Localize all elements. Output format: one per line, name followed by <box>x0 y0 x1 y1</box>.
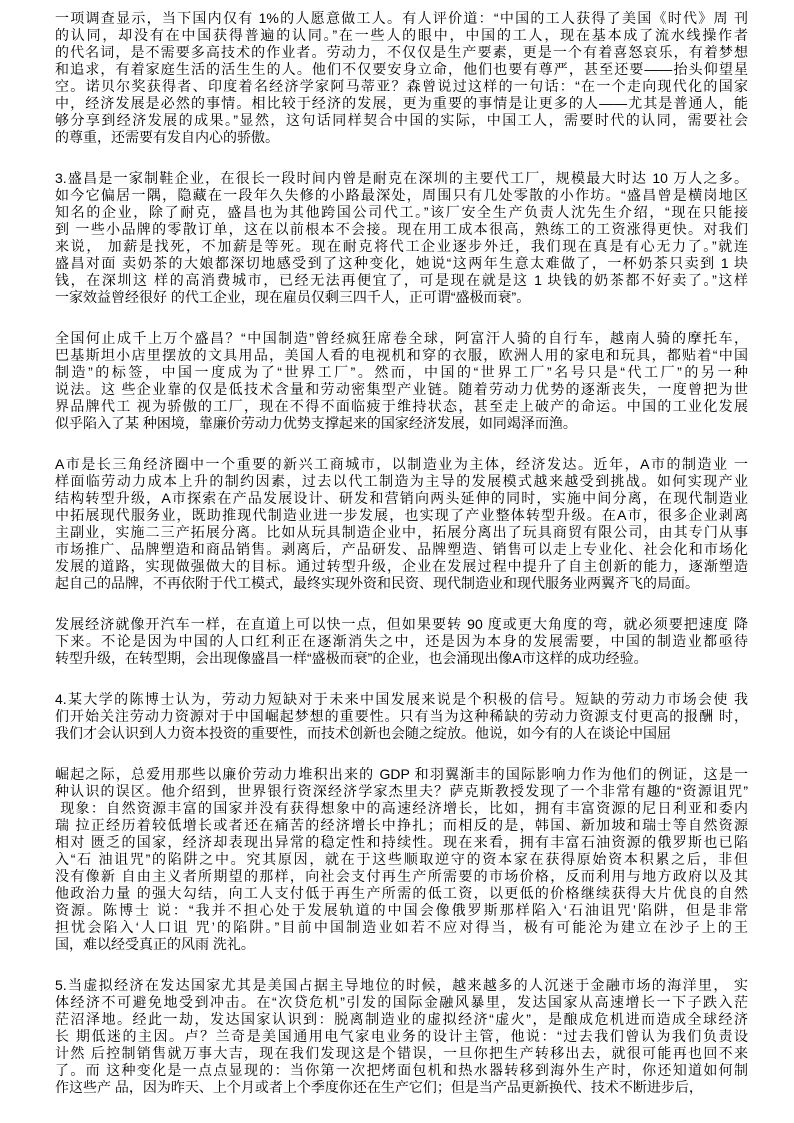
text-line: 资源。陈博士 说：“我并不担心处于发展轨道的中国会像俄罗斯那样陷入‘石油诅咒’陷… <box>55 902 748 919</box>
text-line: 市场推广、品牌塑造和商品销售。剥离后，产品研发、品牌塑造、销售可以走上专业化、社… <box>55 541 748 558</box>
text-line: 转型升级，在转型期，会出现像盛昌一样“盛极而衰”的企业，也会涌现出像A市这样的成… <box>55 650 748 667</box>
text-line: 茫沼泽地。经此一劫，发达国家认识到：脱离制造业的虚拟经济“虚火”，是酿成危机进而… <box>55 1011 748 1028</box>
paragraph: 4.某大学的陈博士认为，劳动力短缺对于未来中国发展来说是个积极的信号。短缺的劳动… <box>55 691 748 742</box>
paragraph: 3.盛昌是一家制鞋企业，在很长一段时间内曾是耐克在深圳的主要代工厂，规模最大时达… <box>55 170 748 306</box>
text-line: 结构转型升级，A市探索在产品发展设计、研发和营销向两头延伸的同时，实施中间分离，… <box>55 490 748 507</box>
text-line: 盛昌对面 卖奶茶的大娘都深切地感受到了这种变化，她说“这两年生意太难做了，一杯奶… <box>55 255 748 272</box>
text-line: 计然 后控制销售就万事大吉，现在我们发现这是个错误，一旦你把生产转移出去，就很可… <box>55 1045 748 1062</box>
text-line: 钱，在深圳这 样的高消费城市，已经无法再便宜了，可是现在就是这 1 块钱的奶茶都… <box>55 272 748 289</box>
paragraph: 一项调查显示，当下国内仅有 1%的人愿意做工人。有人评价道：“中国的工人获得了美… <box>55 10 748 146</box>
document-page: 一项调查显示，当下国内仅有 1%的人愿意做工人。有人评价道：“中国的工人获得了美… <box>0 0 794 1123</box>
text-line: 担忧会陷入‘人口诅 咒’的陷阱。”目前中国制造业如若不应对得当，极有可能沦为建立… <box>55 919 748 936</box>
text-line: 制造”的标签，中国一度成为了“世界工厂”。然而，中国的“世界工厂”名号只是“代工… <box>55 364 748 381</box>
text-line: 如今它偏居一隅，隐藏在一段年久失修的小路最深处，周围只有几处零散的小作坊。“盛昌… <box>55 187 748 204</box>
text-line: 国，难以经受真正的风雨 洗礼。 <box>55 936 748 953</box>
text-line: 样面临劳动力成本上升的制约因素，过去以代工制造为主导的发展模式越来越受到挑战。如… <box>55 473 748 490</box>
text-line: 相对 匮乏的国家，经济却表现出异常的稳定性和持续性。现在来看，拥有丰富石油资源的… <box>55 834 748 851</box>
text-line: 中，经济发展是必然的事情。相比较于经济的发展，更为重要的事情是让更多的人——尤其… <box>55 95 748 112</box>
text-line: 一家效益曾经很好 的代工企业，现在雇员仅剩三四千人，正可谓“盛极而衰”。 <box>55 289 748 306</box>
text-line: 来说， 加薪是找死，不加薪是等死。现在耐克将代工企业逐步外迁，我们现在真是有心无… <box>55 238 748 255</box>
text-line: 似乎陷入了某 种困境，靠廉价劳动力优势支撑起来的国家经济发展，如同竭泽而渔。 <box>55 415 748 432</box>
document-body: 一项调查显示，当下国内仅有 1%的人愿意做工人。有人评价道：“中国的工人获得了美… <box>55 10 748 1096</box>
text-line: 的代名词，是不需要多高技术的作业者。劳动力，不仅仅是生产要素，更是一个有着喜怒哀… <box>55 44 748 61</box>
text-line: 现象：自然资源丰富的国家并没有获得想象中的高速经济增长，比如，拥有丰富资源的尼日… <box>55 800 748 817</box>
text-line: 长 期低迷的主因。卢？兰奇是美国通用电气家电业务的设计主管，他说：“过去我们曾认… <box>55 1028 748 1045</box>
text-line: 下来。不论是因为中国的人口红利正在逐渐消失之中，还是因为本身的发展需要，中国的制… <box>55 633 748 650</box>
text-line: 我们才会认识到人力资本投资的重要性，而技术创新也会随之绽放。他说，如今有的人在谈… <box>55 725 748 742</box>
paragraph: 发展经济就像开汽车一样，在直道上可以快一点，但如果要转 90 度或更大角度的弯，… <box>55 616 748 667</box>
text-line: 没有像新 自由主义者所期望的那样，向社会支付再生产所需要的市场价格，反而利用与地… <box>55 868 748 885</box>
paragraph: 全国何止成千上万个盛昌？“中国制造”曾经疯狂席卷全球，阿富汗人骑的自行车，越南人… <box>55 330 748 432</box>
text-line: 3.盛昌是一家制鞋企业，在很长一段时间内曾是耐克在深圳的主要代工厂，规模最大时达… <box>55 170 748 187</box>
text-line: 和追求，有着家庭生活的活生生的人。他们不仅要安身立命，他们也要有尊严，甚至还要—… <box>55 61 748 78</box>
text-line: 巴基斯坦小店里摆放的文具用品，美国人看的电视机和穿的衣服，欧洲人用的家电和玩具，… <box>55 347 748 364</box>
text-line: 4.某大学的陈博士认为，劳动力短缺对于未来中国发展来说是个积极的信号。短缺的劳动… <box>55 691 748 708</box>
text-line: 崛起之际，总爱用那些以廉价劳动力堆积出来的 GDP 和羽翼渐丰的国际影响力作为他… <box>55 766 748 783</box>
text-line: 空。诺贝尔奖获得者、印度着名经济学家阿马蒂亚？森曾说过这样的一句话：“在一个走向… <box>55 78 748 95</box>
text-line: A市是长三角经济圈中一个重要的新兴工商城市，以制造业为主体，经济发达。近年，A市… <box>55 456 748 473</box>
paragraph: 崛起之际，总爱用那些以廉价劳动力堆积出来的 GDP 和羽翼渐丰的国际影响力作为他… <box>55 766 748 953</box>
text-line: 他政治力量 的强大勾结，向工人支付低于再生产所需的低工资，以更低的价格继续获得大… <box>55 885 748 902</box>
text-line: 发展的道路，实现做强做大的目标。通过转型升级，企业在发展过程中提升了自主创新的能… <box>55 558 748 575</box>
text-line: 体经济不可避免地受到冲击。在“次贷危机”引发的国际金融风暴里，发达国家从高速增长… <box>55 994 748 1011</box>
text-line: 起自己的品牌，不再依附于代工模式，最终实现外资和民资、现代制造业和现代服务业两翼… <box>55 575 748 592</box>
text-line: 瑞 拉正经历着较低增长或者还在痛苦的经济增长中挣扎；而相反的是，韩国、新加坡和瑞… <box>55 817 748 834</box>
text-line: 的认同，却没有在中国获得普遍的认同。”在一些人的眼中，中国的工人，现在基本成了流… <box>55 27 748 44</box>
text-line: 中拓展现代服务业，既助推现代制造业进一步发展，也实现了产业整体转型升级。在A市，… <box>55 507 748 524</box>
text-line: 入“石 油诅咒”的陷阱之中。究其原因，就在于这些顺取逆守的资本家在获得原始资本积… <box>55 851 748 868</box>
text-line: 界品牌代工 视为骄傲的工厂，现在不得不面临疲于维持状态，甚至走上破产的命运。中国… <box>55 398 748 415</box>
paragraph: 5.当虚拟经济在发达国家尤其是美国占据主导地位的时候，越来越多的人沉迷于金融市场… <box>55 977 748 1096</box>
text-line: 们开始关注劳动力资源对于中国崛起梦想的重要性。只有当为这种稀缺的劳动力资源支付更… <box>55 708 748 725</box>
text-line: 作这些产 品，因为昨天、上个月或者上个季度你还在生产它们；但是当产品更新换代、技… <box>55 1079 748 1096</box>
paragraph: A市是长三角经济圈中一个重要的新兴工商城市，以制造业为主体，经济发达。近年，A市… <box>55 456 748 592</box>
text-line: 到 一些小品牌的零散订单，这在以前根本不会接。现在用工成本很高，熟练工的工资涨得… <box>55 221 748 238</box>
text-line: 5.当虚拟经济在发达国家尤其是美国占据主导地位的时候，越来越多的人沉迷于金融市场… <box>55 977 748 994</box>
text-line: 发展经济就像开汽车一样，在直道上可以快一点，但如果要转 90 度或更大角度的弯，… <box>55 616 748 633</box>
text-line: 的尊重，还需要有发自内心的骄傲。 <box>55 129 748 146</box>
text-line: 主副业，实施二三产拓展分离。比如从玩具制造企业中，拓展分离出了玩具商贸有限公司，… <box>55 524 748 541</box>
text-line: 了。而 这种变化是一点点显现的：当你第一次把烤面包机和热水器转移到海外生产时，你… <box>55 1062 748 1079</box>
text-line: 种认识的误区。他介绍到，世界银行资深经济学家杰里夫？萨克斯教授发现了一个非常有趣… <box>55 783 748 800</box>
text-line: 一项调查显示，当下国内仅有 1%的人愿意做工人。有人评价道：“中国的工人获得了美… <box>55 10 748 27</box>
text-line: 全国何止成千上万个盛昌？“中国制造”曾经疯狂席卷全球，阿富汗人骑的自行车，越南人… <box>55 330 748 347</box>
text-line: 知名的企业，除了耐克，盛昌也为其他跨国公司代工。”该厂安全生产负责人沈先生介绍，… <box>55 204 748 221</box>
text-line: 说法。这 些企业靠的仅是低技术含量和劳动密集型产业链。随着劳动力优势的逐渐丧失，… <box>55 381 748 398</box>
text-line: 够分享到经济发展的成果。”显然，这句话同样契合中国的实际，中国工人，需要时代的认… <box>55 112 748 129</box>
